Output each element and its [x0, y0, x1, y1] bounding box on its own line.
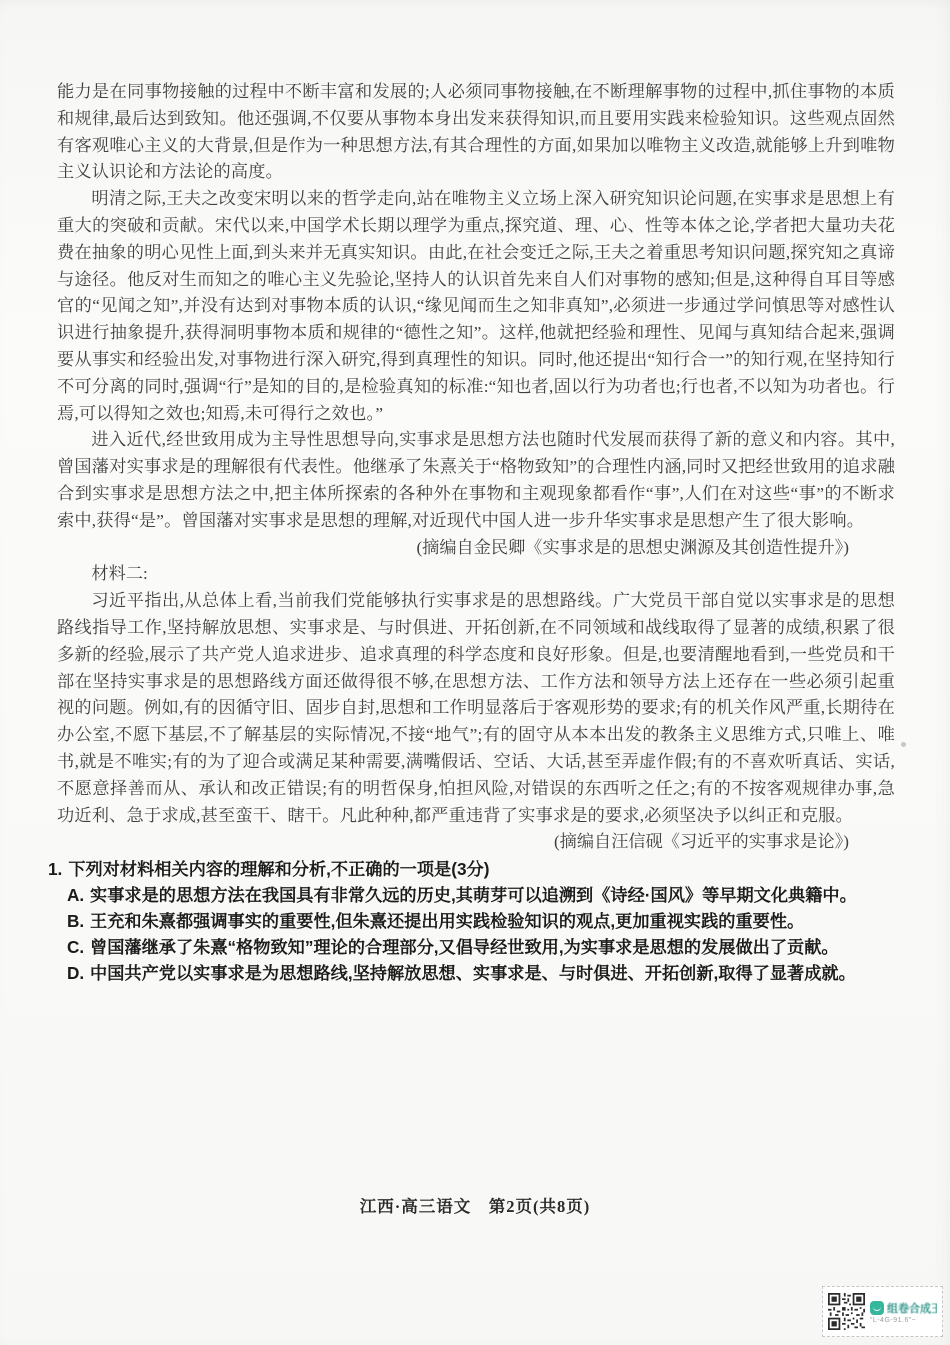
- question-1-option-d: D. 中国共产党以实事求是为思想路线,坚持解放思想、实事求是、与时俱进、开拓创新…: [57, 960, 895, 986]
- material2-attribution: (摘编自汪信砚《习近平的实事求是论》): [57, 829, 895, 856]
- question-1: 1.下列对材料相关内容的理解和分析,不正确的一项是(3分) A. 实事求是的思想…: [57, 856, 895, 986]
- option-c-text: 曾国藩继承了朱熹“格物致知”理论的合理部分,又倡导经世致用,为实事求是思想的发展…: [90, 937, 839, 957]
- material1-attribution: (摘编自金民卿《实事求是的思想史渊源及其创造性提升》): [57, 535, 895, 562]
- option-b-text: 王充和朱熹都强调事实的重要性,但朱熹还提出用实践检验知识的观点,更加重视实践的重…: [90, 911, 804, 931]
- option-c-label: C.: [67, 934, 84, 960]
- question-1-stem: 1.下列对材料相关内容的理解和分析,不正确的一项是(3分): [48, 856, 895, 882]
- material2-paragraph: 习近平指出,从总体上看,当前我们党能够执行实事求是的思想路线。广大党员干部自觉以…: [57, 588, 895, 829]
- option-d-label: D.: [67, 960, 84, 986]
- watermark-text-block: 组卷合成王 “L-4G-91.6”~: [870, 1300, 937, 1324]
- option-a-label: A.: [67, 882, 84, 908]
- question-1-number: 1.: [48, 859, 62, 879]
- exam-page: 能力是在同事物接触的过程中不断丰富和发展的;人必须同事物接触,在不断理解事物的过…: [0, 0, 950, 1345]
- question-1-stem-text: 下列对材料相关内容的理解和分析,不正确的一项是(3分): [68, 859, 489, 879]
- question-1-option-c: C. 曾国藩继承了朱熹“格物致知”理论的合理部分,又倡导经世致用,为实事求是思想…: [57, 934, 895, 960]
- brand-tagline: “L-4G-91.6”~: [870, 1317, 937, 1324]
- material1-paragraph-modern: 进入近代,经世致用成为主导性思想导向,实事求是思想方法也随时代发展而获得了新的意…: [57, 427, 895, 534]
- question-1-option-a: A. 实事求是的思想方法在我国具有非常久远的历史,其萌芽可以追溯到《诗经·国风》…: [57, 882, 895, 908]
- option-a-text: 实事求是的思想方法在我国具有非常久远的历史,其萌芽可以追溯到《诗经·国风》等早期…: [90, 885, 857, 905]
- brand-name: 组卷合成王: [887, 1300, 937, 1316]
- material1-paragraph-wangfuzhi: 明清之际,王夫之改变宋明以来的哲学走向,站在唯物主义立场上深入研究知识论问题,在…: [57, 186, 895, 427]
- scan-speck: [901, 742, 906, 747]
- question-1-option-b: B. 王充和朱熹都强调事实的重要性,但朱熹还提出用实践检验知识的观点,更加重视实…: [57, 908, 895, 934]
- material2-label: 材料二:: [57, 561, 895, 588]
- brand-app-icon: [870, 1301, 884, 1315]
- page-footer: 江西·高三语文 第2页(共8页): [0, 1193, 950, 1217]
- publisher-watermark-badge: 组卷合成王 “L-4G-91.6”~: [822, 1286, 943, 1337]
- option-b-label: B.: [67, 908, 84, 934]
- qr-code-icon: [828, 1293, 865, 1330]
- option-d-text: 中国共产党以实事求是为思想路线,坚持解放思想、实事求是、与时俱进、开拓创新,取得…: [90, 963, 856, 983]
- material1-paragraph-continued: 能力是在同事物接触的过程中不断丰富和发展的;人必须同事物接触,在不断理解事物的过…: [57, 79, 895, 186]
- page-content: 能力是在同事物接触的过程中不断丰富和发展的;人必须同事物接触,在不断理解事物的过…: [57, 79, 895, 986]
